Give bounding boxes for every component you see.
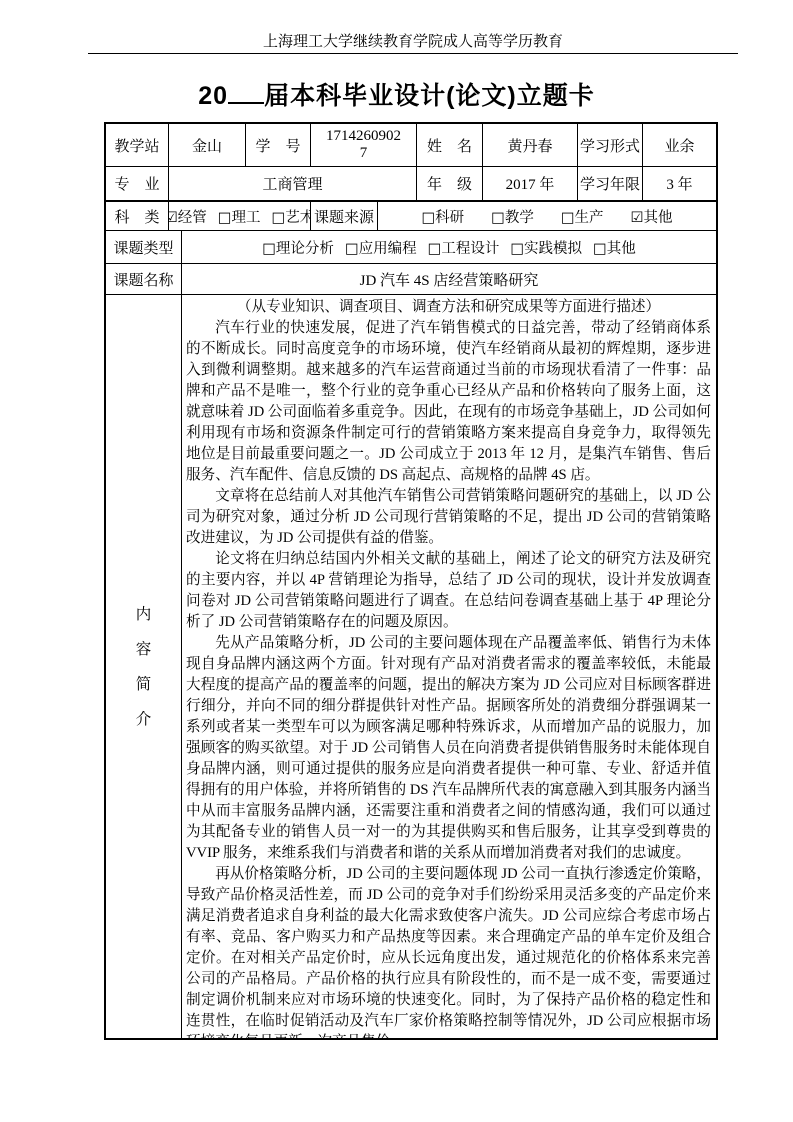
checkbox-source-keyan: □科研 (421, 206, 464, 227)
checkbox-type-gongchengsheji: □工程设计 (428, 237, 500, 258)
topic-name-value: JD 汽车 4S 店经营策略研究 (182, 264, 716, 294)
major-value: 工商管理 (169, 167, 417, 200)
title-year-blank (228, 102, 264, 104)
name-label: 姓 名 (417, 124, 483, 166)
checkbox-type-yingyongbiancheng: □应用编程 (345, 237, 417, 258)
abstract-paragraph: 先从产品策略分析，JD 公司的主要问题体现在产品覆盖率低、销售行为未体现自身品牌… (186, 633, 711, 864)
category-label: 科 类 (106, 202, 169, 230)
major-label: 专 业 (106, 167, 169, 200)
student-id-value: 17142609027 (311, 124, 417, 166)
study-form-value: 业余 (643, 124, 716, 166)
checkbox-category-jingguan: ☑经管 (169, 206, 207, 227)
abstract-paragraph: 文章将在总结前人对其他汽车销售公司营销策略问题研究的基础上，以 JD 公司为研究… (186, 486, 711, 549)
checkbox-type-shijianmoni: □实践模拟 (510, 237, 582, 258)
topic-name-row: 课题名称 JD 汽车 4S 店经营策略研究 (106, 264, 716, 295)
abstract-label: 内容简介 (106, 295, 182, 1038)
study-form-label: 学习形式 (578, 124, 643, 166)
teaching-station-value: 金山 (169, 124, 246, 166)
checkbox-category-yishu: □艺术 (272, 206, 312, 227)
checkbox-source-qita: ☑其他 (631, 206, 673, 227)
category-row: 科 类 ☑经管 □理工 □艺术 课题来源 □科研 □教学 □生产 ☑其他 (106, 202, 716, 231)
topic-type-label: 课题类型 (106, 231, 182, 263)
study-years-label: 学习年限 (578, 167, 643, 200)
abstract-row: 内容简介 （从专业知识、调查项目、调查方法和研究成果等方面进行描述） 汽车行业的… (106, 295, 716, 1038)
topic-source-options: □科研 □教学 □生产 ☑其他 (378, 202, 716, 230)
abstract-content: （从专业知识、调查项目、调查方法和研究成果等方面进行描述） 汽车行业的快速发展，… (182, 295, 716, 1038)
topic-type-options: □理论分析 □应用编程 □工程设计 □实践模拟 □其他 (182, 231, 716, 263)
institution-header: 上海理工大学继续教育学院成人高等学历教育 (88, 32, 738, 54)
abstract-hint: （从专业知识、调查项目、调查方法和研究成果等方面进行描述） (186, 297, 711, 318)
name-value: 黄丹春 (483, 124, 578, 166)
grade-value: 2017 年 (483, 167, 578, 200)
info-row-2: 专 业 工商管理 年 级 2017 年 学习年限 3 年 (106, 167, 716, 202)
category-options: ☑经管 □理工 □艺术 (169, 202, 311, 230)
abstract-paragraph: 汽车行业的快速发展，促进了汽车销售模式的日益完善，带动了经销商体系的不断成长。同… (186, 318, 711, 486)
checkbox-category-ligong: □理工 (218, 206, 261, 227)
topic-type-row: 课题类型 □理论分析 □应用编程 □工程设计 □实践模拟 □其他 (106, 231, 716, 264)
title-year-prefix: 20 (198, 82, 228, 110)
abstract-paragraph: 论文将在归纳总结国内外相关文献的基础上，阐述了论文的研究方法及研究的主要内容，并… (186, 549, 711, 633)
student-id-label: 学 号 (246, 124, 311, 166)
checkbox-source-shengchan: □生产 (561, 206, 604, 227)
page-title: 20届本科毕业设计(论文)立题卡 (0, 76, 793, 112)
topic-card-table: 教学站 金山 学 号 17142609027 姓 名 黄丹春 学习形式 业余 专… (104, 122, 718, 1040)
title-text: 届本科毕业设计(论文)立题卡 (264, 82, 595, 110)
checkbox-source-jiaoxue: □教学 (491, 206, 534, 227)
info-row-1: 教学站 金山 学 号 17142609027 姓 名 黄丹春 学习形式 业余 (106, 124, 716, 167)
checkbox-type-lilunfenxi: □理论分析 (262, 237, 334, 258)
teaching-station-label: 教学站 (106, 124, 169, 166)
checkbox-type-qita: □其他 (593, 237, 636, 258)
study-years-value: 3 年 (643, 167, 716, 200)
grade-label: 年 级 (417, 167, 483, 200)
topic-source-label: 课题来源 (311, 202, 378, 230)
abstract-paragraph: 再从价格策略分析，JD 公司的主要问题体现 JD 公司一直执行渗透定价策略，导致… (186, 864, 711, 1038)
topic-name-label: 课题名称 (106, 264, 182, 294)
document-page: 上海理工大学继续教育学院成人高等学历教育 20届本科毕业设计(论文)立题卡 教学… (0, 0, 793, 1122)
